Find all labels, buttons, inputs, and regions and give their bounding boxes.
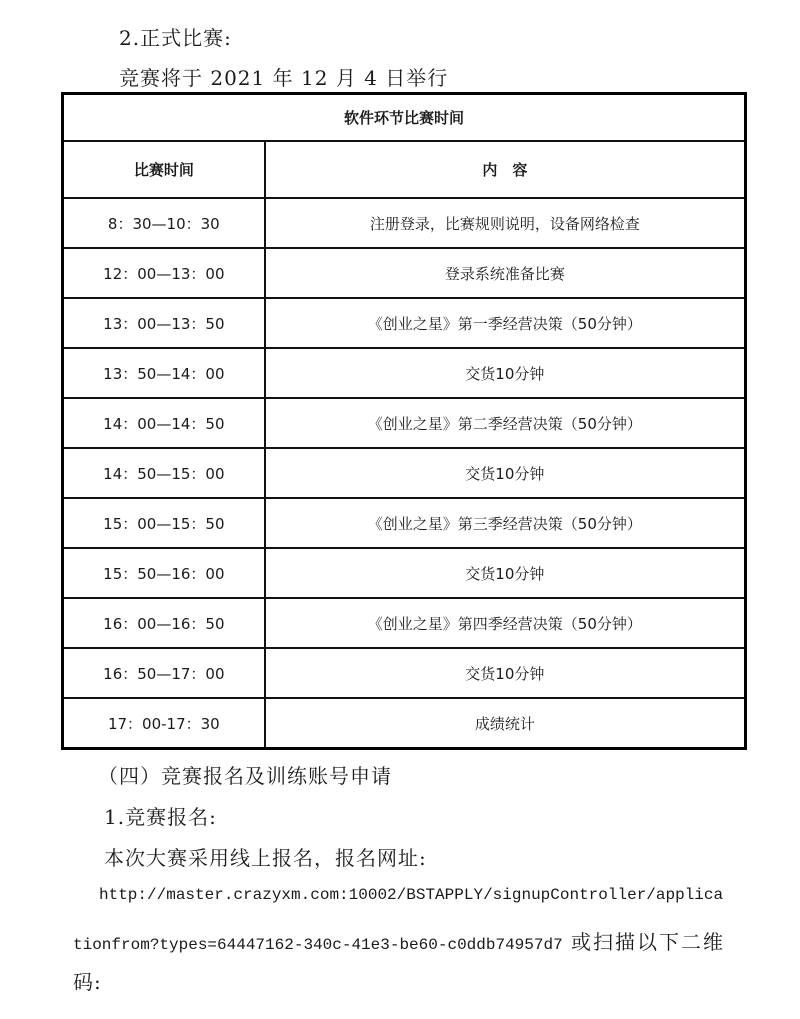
table-row: 8：30—10：30 注册登录，比赛规则说明，设备网络检查 [63, 198, 746, 248]
cell-time: 13：00—13：50 [63, 298, 265, 348]
table-row: 13：00—13：50 《创业之星》第一季经营决策（50分钟） [63, 298, 746, 348]
cell-time: 16：00—16：50 [63, 598, 265, 648]
registration-url-line2-container: tionfrom?types=64447162-340c-41e3-be60-c… [73, 926, 725, 955]
sub-heading-registration: 1.竞赛报名: [104, 801, 217, 830]
registration-url-line2[interactable]: tionfrom?types=64447162-340c-41e3-be60-c… [73, 936, 563, 954]
cell-content: 注册登录，比赛规则说明，设备网络检查 [265, 198, 746, 248]
table-row: 17：00-17：30 成绩统计 [63, 698, 746, 749]
registration-qr-instruction: 或扫描以下二维 [563, 930, 725, 954]
cell-content: 《创业之星》第一季经营决策（50分钟） [265, 298, 746, 348]
registration-qr-instruction-end: 码: [73, 966, 102, 995]
table-row: 16：00—16：50 《创业之星》第四季经营决策（50分钟） [63, 598, 746, 648]
cell-content: 《创业之星》第四季经营决策（50分钟） [265, 598, 746, 648]
cell-content: 《创业之星》第二季经营决策（50分钟） [265, 398, 746, 448]
cell-time: 8：30—10：30 [63, 198, 265, 248]
table-row: 14：50—15：00 交货10分钟 [63, 448, 746, 498]
table-row: 15：50—16：00 交货10分钟 [63, 548, 746, 598]
cell-content: 成绩统计 [265, 698, 746, 749]
schedule-table: 软件环节比赛时间 比赛时间 内 容 8：30—10：30 注册登录，比赛规则说明… [61, 92, 747, 750]
cell-time: 13：50—14：00 [63, 348, 265, 398]
registration-intro: 本次大赛采用线上报名，报名网址: [104, 842, 427, 871]
cell-time: 17：00-17：30 [63, 698, 265, 749]
cell-content: 交货10分钟 [265, 448, 746, 498]
cell-content: 交货10分钟 [265, 548, 746, 598]
table-row: 12：00—13：00 登录系统准备比赛 [63, 248, 746, 298]
competition-date-line: 竞赛将于 2021 年 12 月 4 日举行 [119, 62, 448, 91]
section-four-heading: （四）竞赛报名及训练账号申请 [98, 760, 392, 789]
column-header-content: 内 容 [265, 141, 746, 198]
cell-time: 15：50—16：00 [63, 548, 265, 598]
table-row: 15：00—15：50 《创业之星》第三季经营决策（50分钟） [63, 498, 746, 548]
schedule-table-header-row: 比赛时间 内 容 [63, 141, 746, 198]
schedule-table-title-row: 软件环节比赛时间 [63, 94, 746, 142]
table-row: 14：00—14：50 《创业之星》第二季经营决策（50分钟） [63, 398, 746, 448]
schedule-table-title: 软件环节比赛时间 [63, 94, 746, 142]
column-header-time: 比赛时间 [63, 141, 265, 198]
cell-time: 14：50—15：00 [63, 448, 265, 498]
cell-time: 14：00—14：50 [63, 398, 265, 448]
cell-content: 登录系统准备比赛 [265, 248, 746, 298]
cell-content: 交货10分钟 [265, 348, 746, 398]
table-row: 13：50—14：00 交货10分钟 [63, 348, 746, 398]
registration-url-line1[interactable]: http://master.crazyxm.com:10002/BSTAPPLY… [99, 886, 723, 904]
section-heading-formal-competition: 2.正式比赛: [119, 22, 232, 51]
table-row: 16：50—17：00 交货10分钟 [63, 648, 746, 698]
cell-time: 12：00—13：00 [63, 248, 265, 298]
cell-content: 《创业之星》第三季经营决策（50分钟） [265, 498, 746, 548]
cell-time: 15：00—15：50 [63, 498, 265, 548]
cell-content: 交货10分钟 [265, 648, 746, 698]
cell-time: 16：50—17：00 [63, 648, 265, 698]
